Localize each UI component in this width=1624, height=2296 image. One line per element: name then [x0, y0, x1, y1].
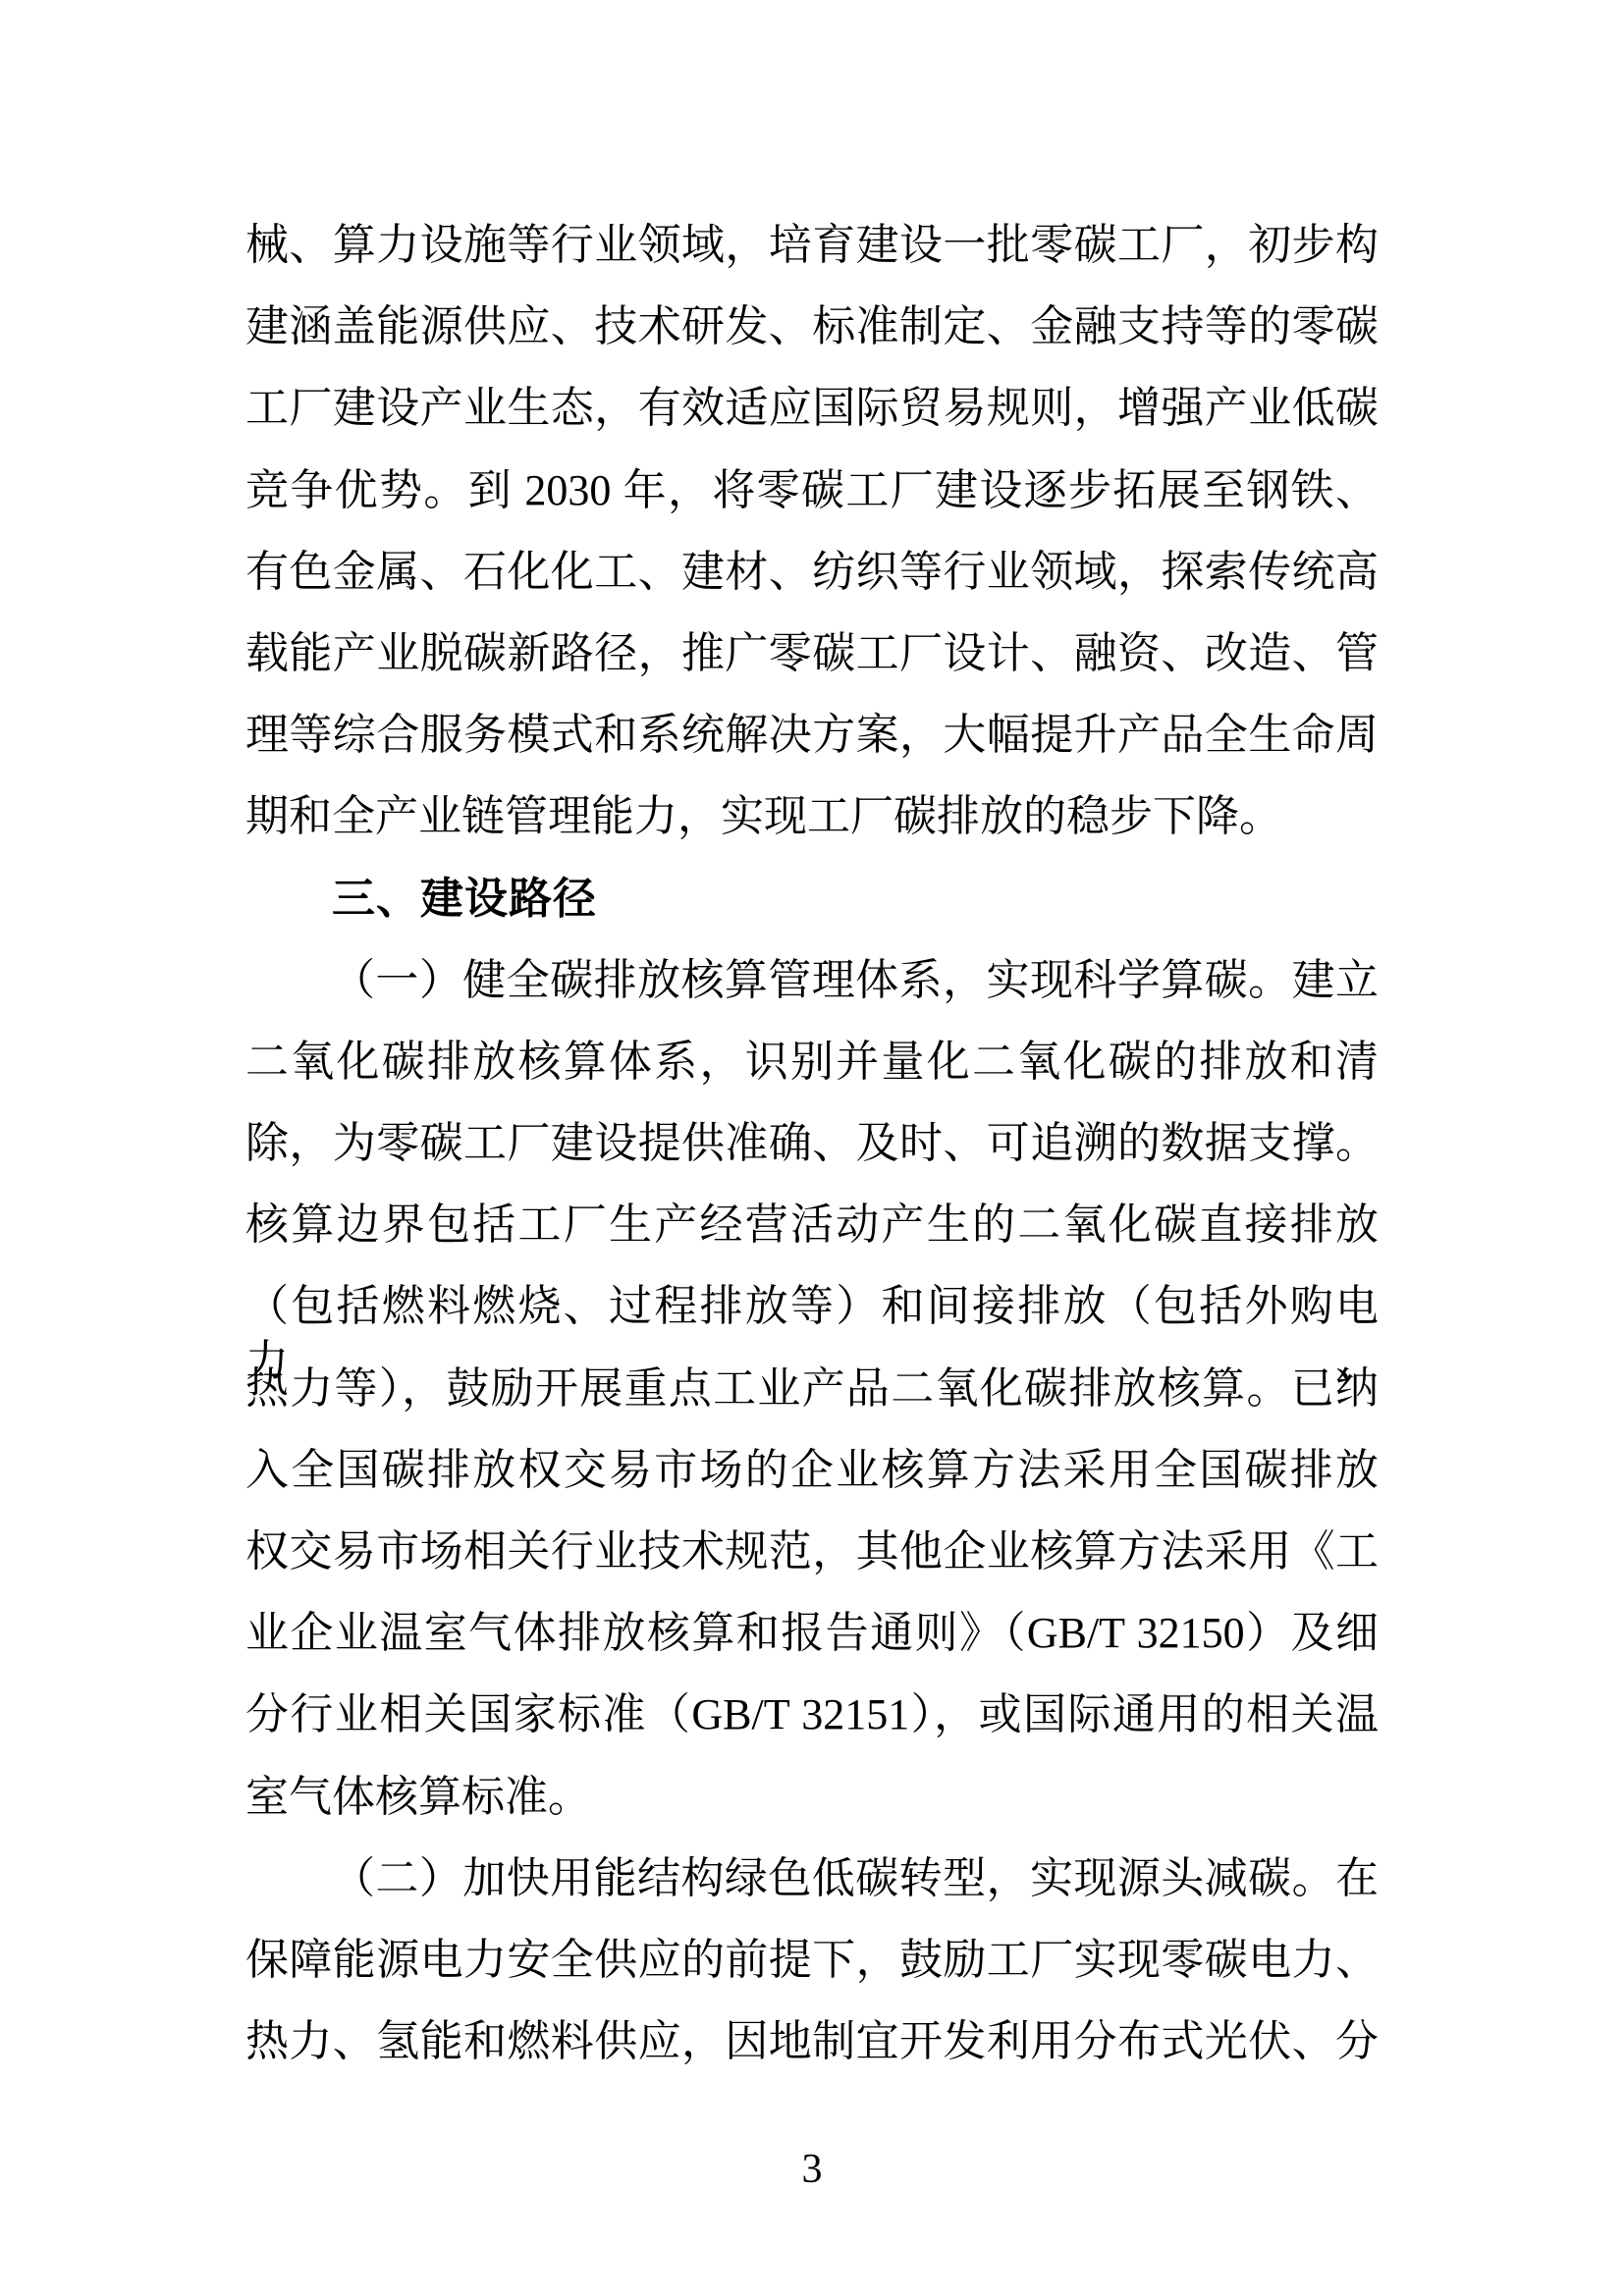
text-block: 械、算力设施等行业领域，培育建设一批零碳工厂，初步构 建涵盖能源供应、技术研发、…	[245, 218, 1379, 2096]
section-heading-3: 三、建设路径	[245, 872, 1379, 953]
document-page: 械、算力设施等行业领域，培育建设一批零碳工厂，初步构 建涵盖能源供应、技术研发、…	[0, 0, 1624, 2296]
body-line: 期和全产业链管理能力，实现工厂碳排放的稳步下降。	[245, 789, 1379, 871]
body-line: 工厂建设产业生态，有效适应国际贸易规则，增强产业低碳	[245, 381, 1379, 462]
body-line: （包括燃料燃烧、过程排放等）和间接排放（包括外购电力、	[245, 1279, 1379, 1361]
body-line: 热力等），鼓励开展重点工业产品二氧化碳排放核算。已纳	[245, 1362, 1379, 1443]
body-line: 核算边界包括工厂生产经营活动产生的二氧化碳直接排放	[245, 1198, 1379, 1279]
body-line: 入全国碳排放权交易市场的企业核算方法采用全国碳排放	[245, 1443, 1379, 1524]
paragraph-1-start: （一）健全碳排放核算管理体系，实现科学算碳。建立	[245, 953, 1379, 1035]
body-line: 载能产业脱碳新路径，推广零碳工厂设计、融资、改造、管	[245, 626, 1379, 708]
body-line: 业企业温室气体排放核算和报告通则》（GB/T 32150）及细	[245, 1606, 1379, 1687]
body-line: 权交易市场相关行业技术规范，其他企业核算方法采用《工	[245, 1524, 1379, 1606]
body-line: 械、算力设施等行业领域，培育建设一批零碳工厂，初步构	[245, 218, 1379, 299]
page-number: 3	[0, 2146, 1624, 2193]
body-line: 理等综合服务模式和系统解决方案，大幅提升产品全生命周	[245, 708, 1379, 789]
paragraph-2-start: （二）加快用能结构绿色低碳转型，实现源头减碳。在	[245, 1851, 1379, 1933]
body-line: 竞争优势。到 2030 年，将零碳工厂建设逐步拓展至钢铁、	[245, 463, 1379, 545]
body-line: 除，为零碳工厂建设提供准确、及时、可追溯的数据支撑。	[245, 1116, 1379, 1198]
body-line: 二氧化碳排放核算体系，识别并量化二氧化碳的排放和清	[245, 1035, 1379, 1116]
body-line: 室气体核算标准。	[245, 1770, 1379, 1851]
body-line: 有色金属、石化化工、建材、纺织等行业领域，探索传统高	[245, 545, 1379, 626]
body-line: 保障能源电力安全供应的前提下，鼓励工厂实现零碳电力、	[245, 1933, 1379, 2014]
body-line: 热力、氢能和燃料供应，因地制宜开发利用分布式光伏、分	[245, 2014, 1379, 2096]
body-line: 分行业相关国家标准（GB/T 32151），或国际通用的相关温	[245, 1687, 1379, 1769]
body-line: 建涵盖能源供应、技术研发、标准制定、金融支持等的零碳	[245, 299, 1379, 381]
